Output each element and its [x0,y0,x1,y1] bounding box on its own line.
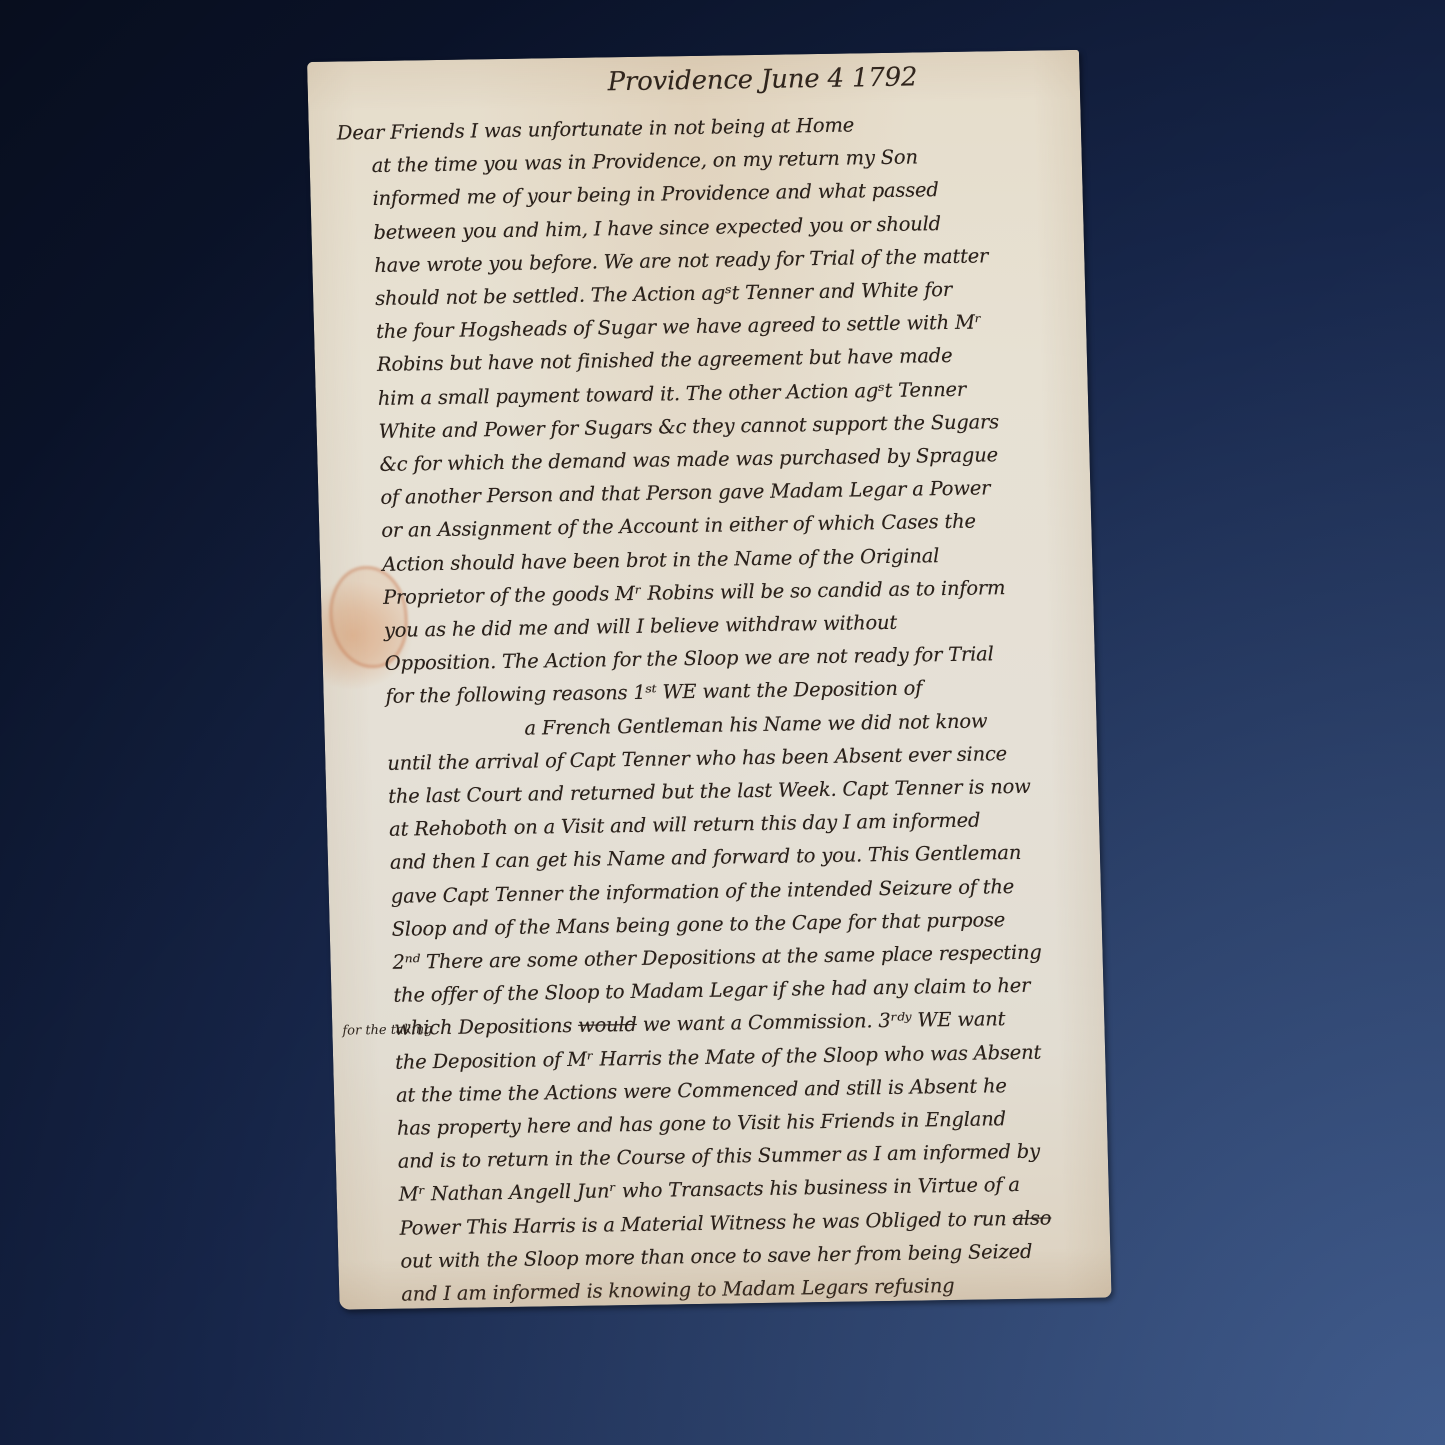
letter-line: and is to return in the Course of this S… [398,1140,1041,1173]
letter-line: Action should have been brot in the Name… [382,544,940,576]
letter-line: Dear Friends I was unfortunate in not be… [337,113,855,144]
letter-line: until the arrival of Capt Tenner who has… [387,742,1007,775]
letter-line: &c for which the demand was made was pur… [379,443,998,476]
letter-line: between you and him, I have since expect… [373,212,941,244]
letter-line: have wrote you before. We are not ready … [374,244,988,277]
letter-line: should not be settled. The Action agˢt T… [375,278,952,310]
letter-line: and I am informed is knowing to Madam Le… [401,1274,955,1306]
letter-line: has property here and has gone to Visit … [397,1107,1006,1140]
letter-line: Power This Harris is a Material Witness … [399,1206,1051,1239]
letter-body: Dear Friends I was unfortunate in not be… [307,50,1079,62]
letter-line: Mʳ Nathan Angell Junʳ who Transacts his … [398,1173,1020,1206]
letter-line: Sloop and of the Mans being gone to the … [391,908,1005,941]
letter-line: the four Hogsheads of Sugar we have agre… [376,311,982,344]
letter-line: Proprietor of the goods Mʳ Robins will b… [383,576,1006,609]
letter-sheet: Providence June 4 1792 Dear Friends I wa… [307,50,1112,1310]
letter-line: at the time the Actions were Commenced a… [396,1074,1007,1107]
letter-line: Robins but have not finished the agreeme… [377,344,953,376]
letter-line: of another Person and that Person gave M… [380,477,990,510]
struck-word: would [578,1013,637,1037]
letter-line: or an Assignment of the Account in eithe… [381,510,976,542]
letter-line: and then I can get his Name and forward … [390,841,1022,874]
letter-line: you as he did me and will I believe with… [384,611,898,642]
struck-word: also [1012,1206,1051,1230]
letter-line: the last Court and returned but the last… [388,775,1031,808]
letter-line: out with the Sloop more than once to sav… [400,1240,1032,1273]
letter-line: the offer of the Sloop to Madam Legar if… [393,974,1030,1007]
margin-note: for the taking [342,1023,433,1039]
letter-line: informed me of your being in Providence … [372,178,939,210]
letter-line: the Deposition of Mʳ Harris the Mate of … [395,1040,1041,1073]
letter-line: 2ⁿᵈ There are some other Depositions at … [392,941,1042,974]
letter-line: for the following reasons 1ˢᵗ WE want th… [385,677,922,708]
letter-heading: Providence June 4 1792 [607,62,917,97]
letter-line: at Rehoboth on a Visit and will return t… [389,809,981,841]
letter-line: gave Capt Tenner the information of the … [391,875,1015,908]
letter-line: White and Power for Sugars &c they canno… [378,410,999,443]
letter-line: a French Gentleman his Name we did not k… [524,709,987,739]
letter-line: Opposition. The Action for the Sloop we … [384,642,993,675]
letter-line: him a small payment toward it. The other… [378,377,967,409]
letter-line: which Depositions would we want a Commis… [394,1008,1006,1041]
letter-line: at the time you was in Providence, on my… [371,146,918,178]
